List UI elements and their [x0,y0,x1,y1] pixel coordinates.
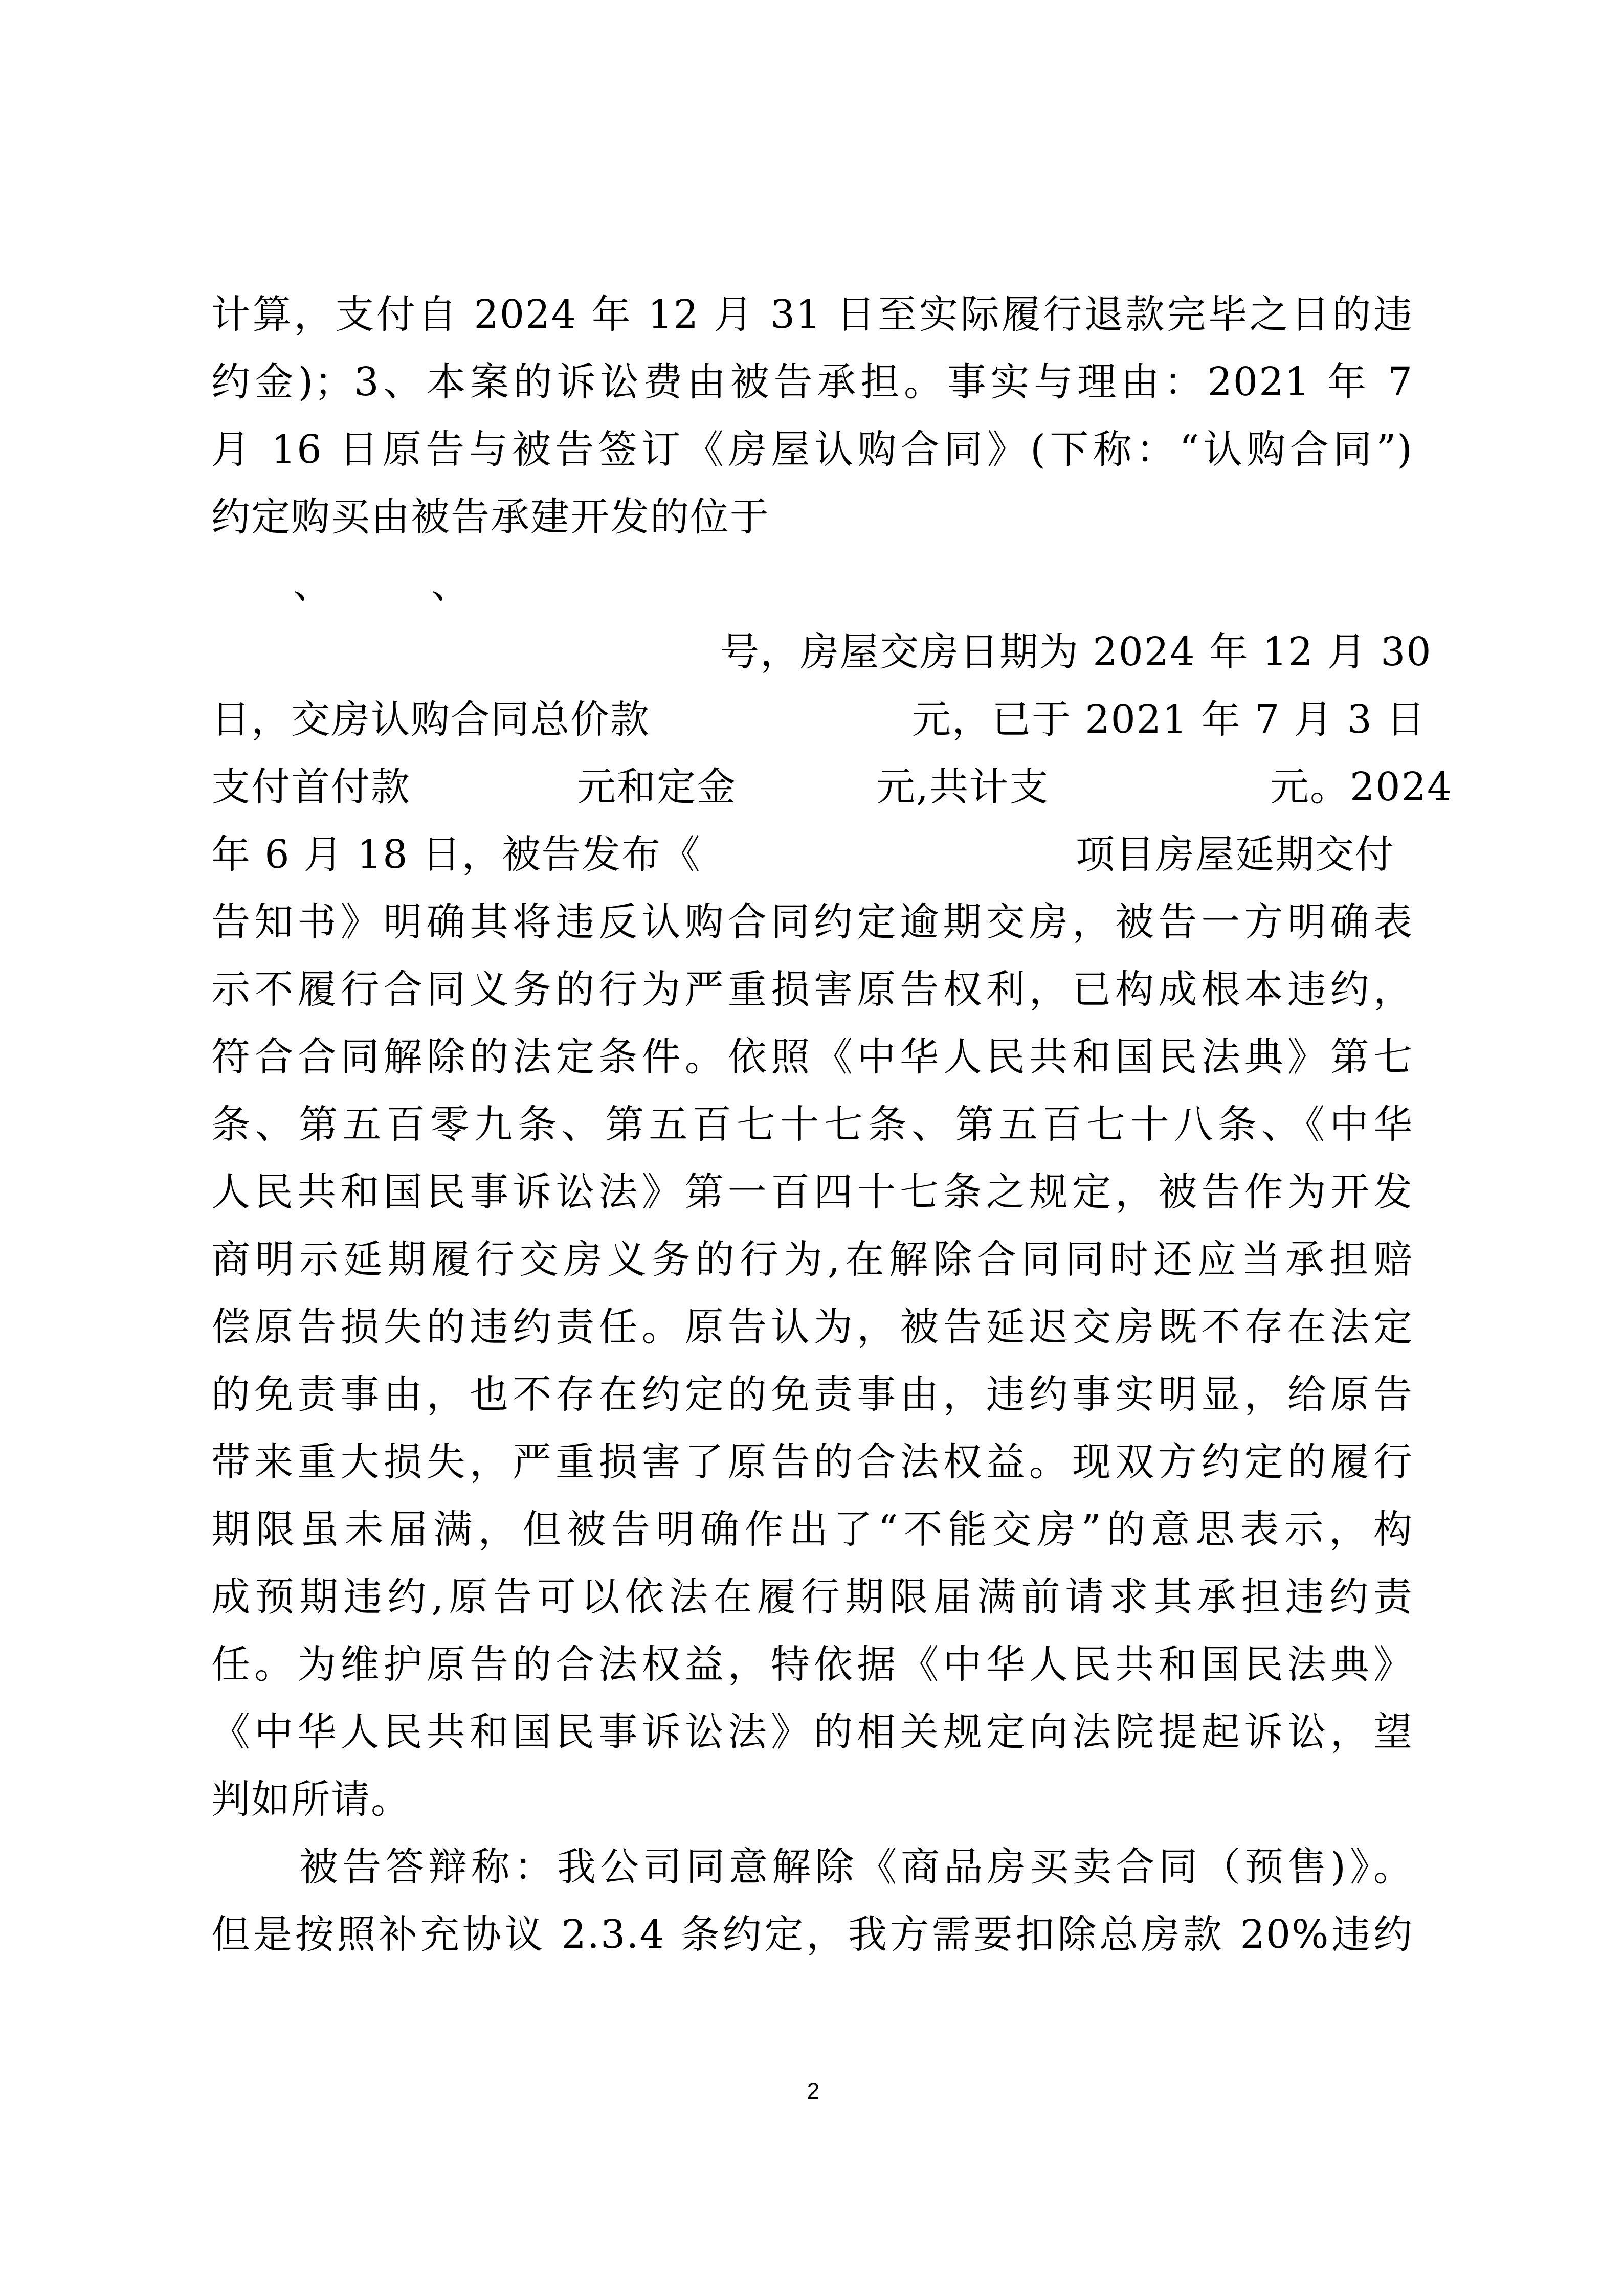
text-line: 符合合同解除的法定条件。依照《中华人民共和国民法典》第七 [211,1029,1413,1085]
text-fragment: 元。2024 [1270,759,1453,815]
text-line: 任。为维护原告的合法权益，特依据《中华人民共和国民法典》 [211,1636,1413,1693]
text-fragment: 项目房屋延期交付 [1076,826,1395,883]
text-line: 带来重大损失，严重损害了原告的合法权益。现双方约定的履行 [211,1434,1413,1490]
text-line-redacted: 支付首付款 元和定金 元,共计支 元。2024 [211,759,1413,815]
text-line: 商明示延期履行交房义务的行为,在解除合同同时还应当承担赔 [211,1231,1413,1288]
text-line: 月 16 日原告与被告签订《房屋认购合同》(下称：“认购合同”) [211,421,1413,478]
text-fragment: 号，房屋交房日期为 2024 年 12 月 30 [720,624,1432,680]
text-line-redacted: 年 6 月 18 日，被告发布《 项目房屋延期交付 [211,826,1413,883]
text-fragment: 元和定金 [577,759,737,815]
text-line-redacted: 、 、 [211,556,1413,613]
text-line: 告知书》明确其将违反认购合同约定逾期交房，被告一方明确表 [211,894,1413,950]
text-line: 偿原告损失的违约责任。原告认为，被告延迟交房既不存在法定 [211,1299,1413,1355]
text-line: 人民共和国民事诉讼法》第一百四十七条之规定，被告作为开发 [211,1164,1413,1220]
text-fragment: 支付首付款 [211,759,411,815]
text-line: 条、第五百零九条、第五百七十七条、第五百七十八条、《中华 [211,1096,1413,1153]
text-line: 但是按照补充协议 2.3.4 条约定，我方需要扣除总房款 20%违约 [211,1906,1413,1963]
text-fragment: 元，已于 2021 年 7 月 3 日 [912,691,1426,748]
document-page: 计算，支付自 2024 年 12 月 31 日至实际履行退款完毕之日的违 约金)… [0,0,1624,2296]
text-line: 示不履行合同义务的行为严重损害原告权利，已构成根本违约， [211,961,1413,1018]
text-line: 约金)；3、本案的诉讼费由被告承担。事实与理由：2021 年 7 [211,354,1413,410]
text-fragment: 、 [293,556,333,613]
text-fragment: 元,共计支 [876,759,1049,815]
text-fragment: 年 6 月 18 日，被告发布《 [211,826,701,883]
text-line: 成预期违约,原告可以依法在履行期限届满前请求其承担违约责 [211,1569,1413,1625]
text-line: 《中华人民共和国民事诉讼法》的相关规定向法院提起诉讼，望 [211,1704,1413,1760]
text-line-redacted: 号，房屋交房日期为 2024 年 12 月 30 [211,624,1413,680]
text-line: 约定购买由被告承建开发的位于 [211,489,1413,545]
text-line: 的免责事由，也不存在约定的免责事由，违约事实明显，给原告 [211,1366,1413,1423]
text-line: 计算，支付自 2024 年 12 月 31 日至实际履行退款完毕之日的违 [211,286,1413,343]
page-number: 2 [798,2076,829,2107]
text-line: 判如所请。 [211,1771,1413,1828]
text-fragment: 日，交房认购合同总价款 [211,691,650,748]
paragraph-first-line: 被告答辩称：我公司同意解除《商品房买卖合同（预售)》。 [299,1839,1413,1895]
text-fragment: 、 [431,556,471,613]
text-line-redacted: 日，交房认购合同总价款 元，已于 2021 年 7 月 3 日 [211,691,1413,748]
text-line: 期限虽未届满，但被告明确作出了“不能交房”的意思表示，构 [211,1501,1413,1558]
